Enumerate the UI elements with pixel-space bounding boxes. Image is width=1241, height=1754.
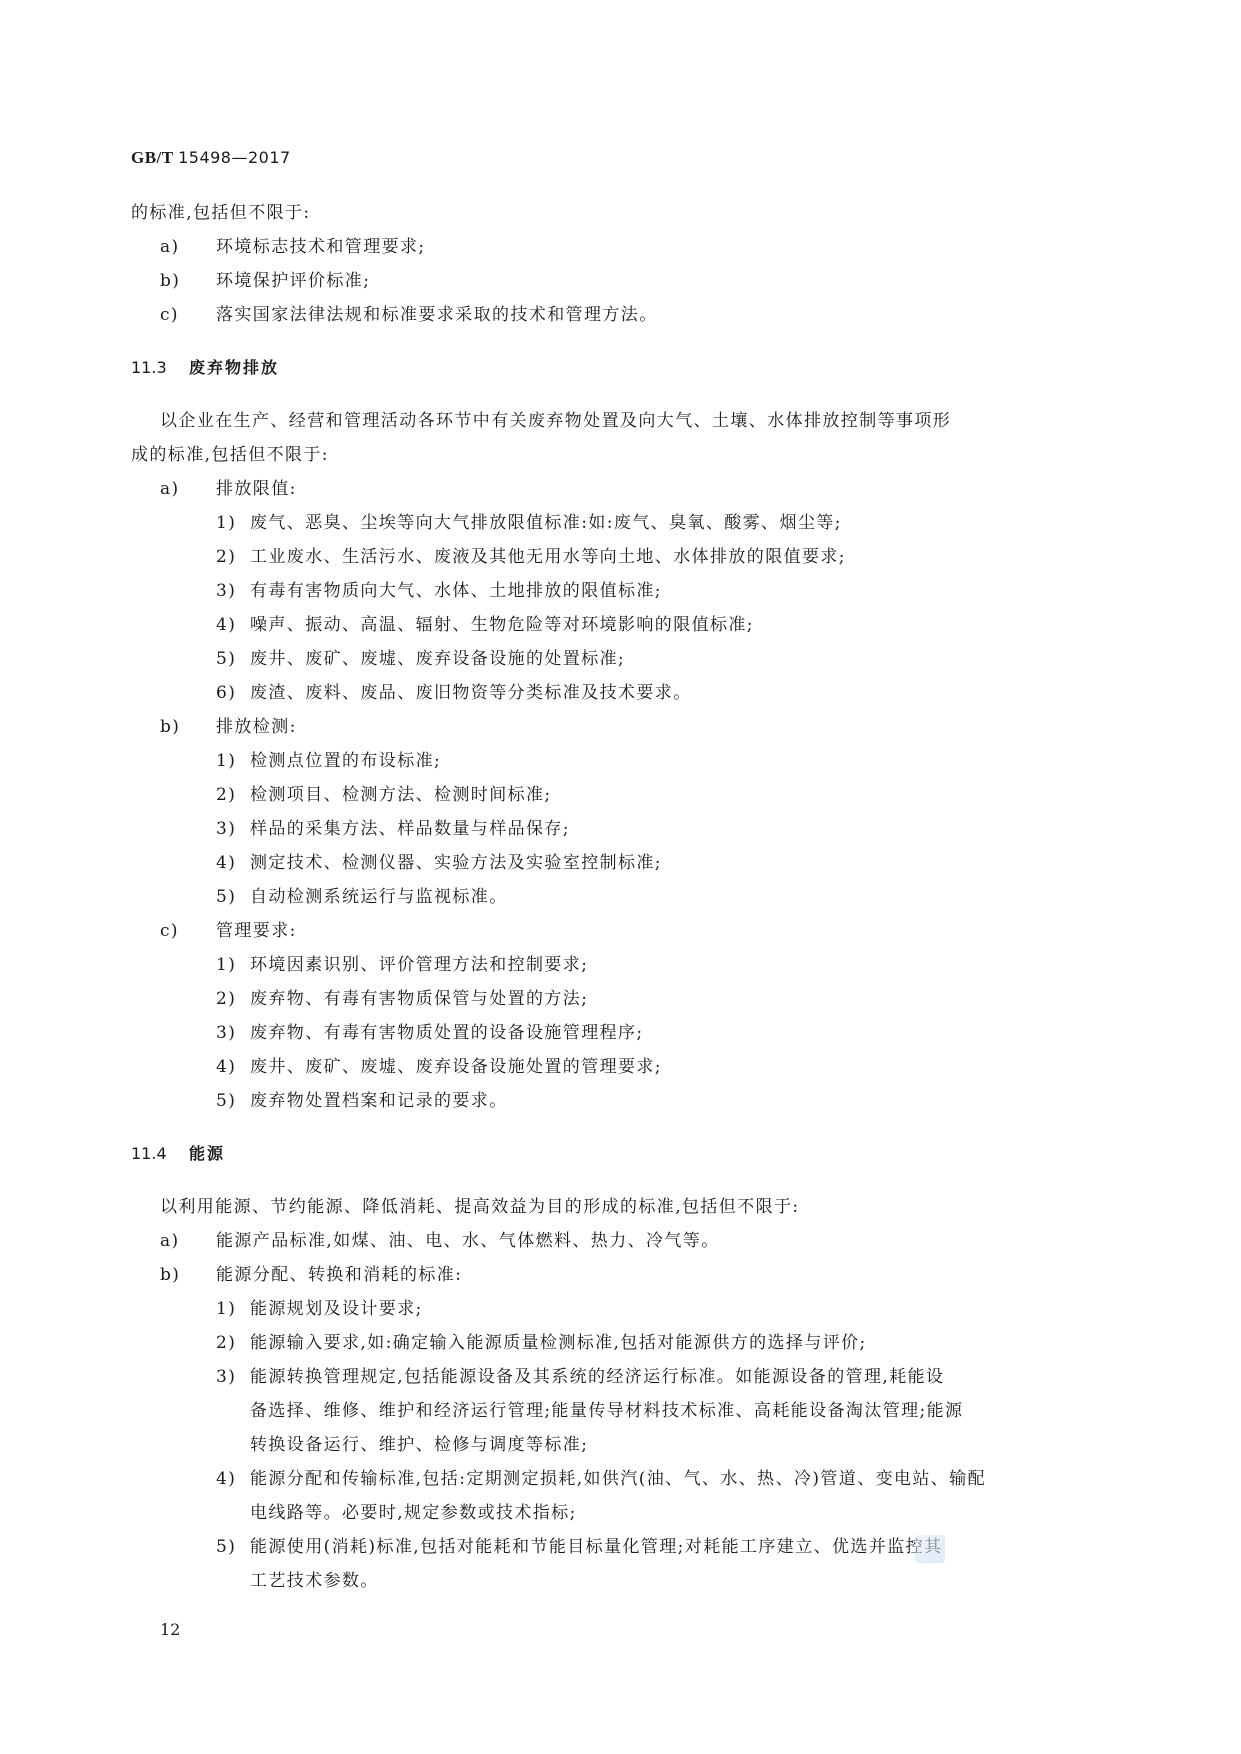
sub-list-item-continuation: 转换设备运行、维护、检修与调度等标准; [250, 1430, 588, 1455]
list-item: b)环境保护评价标准; [160, 266, 370, 291]
sub-list-item-continuation: 工艺技术参数。 [250, 1566, 379, 1591]
sub-list-item: 4)噪声、振动、高温、辐射、生物危险等对环境影响的限值标准; [216, 610, 754, 635]
sub-list-item: 5)废井、废矿、废墟、废弃设备设施的处置标准; [216, 644, 625, 669]
sub-list-item: 5)能源使用(消耗)标准,包括对能耗和节能目标量化管理;对耗能工序建立、优选并监… [216, 1532, 942, 1557]
section-heading-11-4: 11.4能源 [131, 1141, 225, 1164]
watermark-logo [915, 1535, 945, 1563]
paragraph: 以企业在生产、经营和管理活动各环节中有关废弃物处置及向大气、土壤、水体排放控制等… [160, 406, 951, 431]
sub-list-item-continuation: 电线路等。必要时,规定参数或技术指标; [250, 1498, 577, 1523]
sub-list-item: 3)样品的采集方法、样品数量与样品保存; [216, 814, 570, 839]
sub-list-item: 1)检测点位置的布设标准; [216, 746, 441, 771]
list-item: c)落实国家法律法规和标准要求采取的技术和管理方法。 [160, 300, 658, 325]
sub-list-item: 1)环境因素识别、评价管理方法和控制要求; [216, 950, 588, 975]
sub-list-item: 2)废弃物、有毒有害物质保管与处置的方法; [216, 984, 588, 1009]
sub-list-item: 5)自动检测系统运行与监视标准。 [216, 882, 508, 907]
sub-list-item: 3)废弃物、有毒有害物质处置的设备设施管理程序; [216, 1018, 644, 1043]
list-item: b)能源分配、转换和消耗的标准: [160, 1260, 462, 1285]
list-item: a)环境标志技术和管理要求; [160, 232, 426, 257]
sub-list-item: 2)能源输入要求,如:确定输入能源质量检测标准,包括对能源供方的选择与评价; [216, 1328, 867, 1353]
sub-list-item: 4)能源分配和传输标准,包括:定期测定损耗,如供汽(油、气、水、热、冷)管道、变… [216, 1464, 986, 1489]
standard-code: GB/T 15498—2017 [131, 148, 291, 168]
sub-list-item: 5)废弃物处置档案和记录的要求。 [216, 1086, 508, 1111]
sub-list-item: 2)工业废水、生活污水、废液及其他无用水等向土地、水体排放的限值要求; [216, 542, 846, 567]
paragraph: 以利用能源、节约能源、降低消耗、提高效益为目的形成的标准,包括但不限于: [160, 1192, 800, 1217]
paragraph: 成的标准,包括但不限于: [131, 440, 329, 465]
section-heading-11-3: 11.3废弃物排放 [131, 355, 279, 378]
sub-list-item: 6)废渣、废料、废品、废旧物资等分类标准及技术要求。 [216, 678, 692, 703]
sub-list-item: 1)能源规划及设计要求; [216, 1294, 423, 1319]
continuation-intro: 的标准,包括但不限于: [131, 198, 311, 223]
sub-list-item: 1)废气、恶臭、尘埃等向大气排放限值标准:如:废气、臭氧、酸雾、烟尘等; [216, 508, 842, 533]
list-item: b)排放检测: [160, 712, 297, 737]
page-number: 12 [160, 1620, 180, 1639]
list-item: a)排放限值: [160, 474, 297, 499]
sub-list-item: 3)能源转换管理规定,包括能源设备及其系统的经济运行标准。如能源设备的管理,耗能… [216, 1362, 944, 1387]
sub-list-item: 4)测定技术、检测仪器、实验方法及实验室控制标准; [216, 848, 662, 873]
list-item: a)能源产品标准,如煤、油、电、水、气体燃料、热力、冷气等。 [160, 1226, 720, 1251]
sub-list-item: 2)检测项目、检测方法、检测时间标准; [216, 780, 552, 805]
sub-list-item: 3)有毒有害物质向大气、水体、土地排放的限值标准; [216, 576, 662, 601]
list-item: c)管理要求: [160, 916, 297, 941]
sub-list-item-continuation: 备选择、维修、维护和经济运行管理;能量传导材料技术标准、高耗能设备淘汰管理;能源 [250, 1396, 963, 1421]
sub-list-item: 4)废井、废矿、废墟、废弃设备设施处置的管理要求; [216, 1052, 662, 1077]
document-page: GB/T 15498—2017 的标准,包括但不限于: a)环境标志技术和管理要… [0, 0, 1241, 1754]
